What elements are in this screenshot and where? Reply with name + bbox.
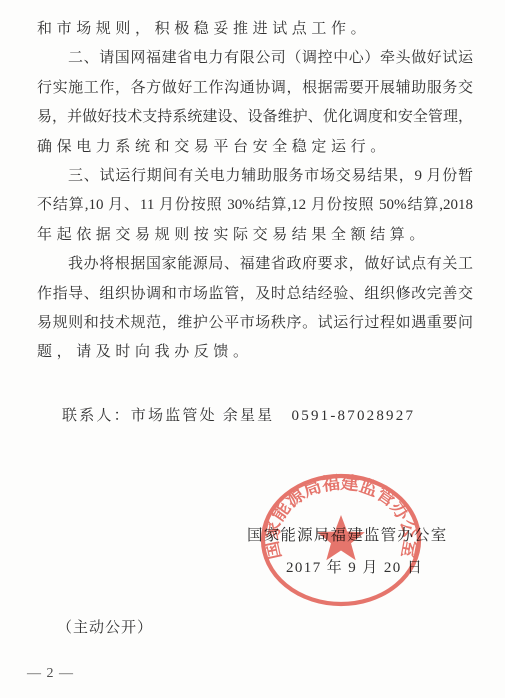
body-line: 年起依据交易规则按实际交易结果全额结算。 [37, 221, 473, 250]
notice-public-disclosure: （主动公开） [57, 616, 153, 637]
body-line: 三、试运行期间有关电力辅助服务市场交易结果，9 月份暂 [37, 162, 473, 191]
body-line: 行实施工作，各方做好工作沟通协调，根据需要开展辅助服务交 [37, 74, 473, 103]
body-line: 不结算,10 月、11 月份按照 30%结算,12 月份按照 50%结算,201… [37, 191, 473, 220]
body-line: 作指导、组织协调和市场监管，及时总结经验、组织修改完善交 [37, 280, 473, 309]
star-icon [317, 515, 365, 560]
official-seal-stamp: 国家能源局福建监管办公室 [256, 468, 426, 614]
page-number: — 2 — [27, 666, 74, 682]
body-line: 二、请国网福建省电力有限公司（调控中心）牵头做好试运 [37, 44, 473, 73]
contact-line: 联系人：市场监管处 余星星 0591-87028927 [62, 404, 415, 425]
body-line: 题，请及时向我办反馈。 [37, 338, 473, 367]
document-page: 和市场规则，积极稳妥推进试点工作。二、请国网福建省电力有限公司（调控中心）牵头做… [0, 0, 505, 698]
body-line: 确保电力系统和交易平台安全稳定运行。 [37, 133, 473, 162]
body-line: 我办将根据国家能源局、福建省政府要求，做好试点有关工 [37, 250, 473, 279]
body-line: 和市场规则，积极稳妥推进试点工作。 [37, 15, 473, 44]
body-line: 易，并做好技术支持系统建设、设备维护、优化调度和安全管理， [37, 103, 473, 132]
body-text: 和市场规则，积极稳妥推进试点工作。二、请国网福建省电力有限公司（调控中心）牵头做… [37, 15, 473, 368]
body-line: 易规则和技术规范，维护公平市场秩序。试运行过程如遇重要问 [37, 309, 473, 338]
